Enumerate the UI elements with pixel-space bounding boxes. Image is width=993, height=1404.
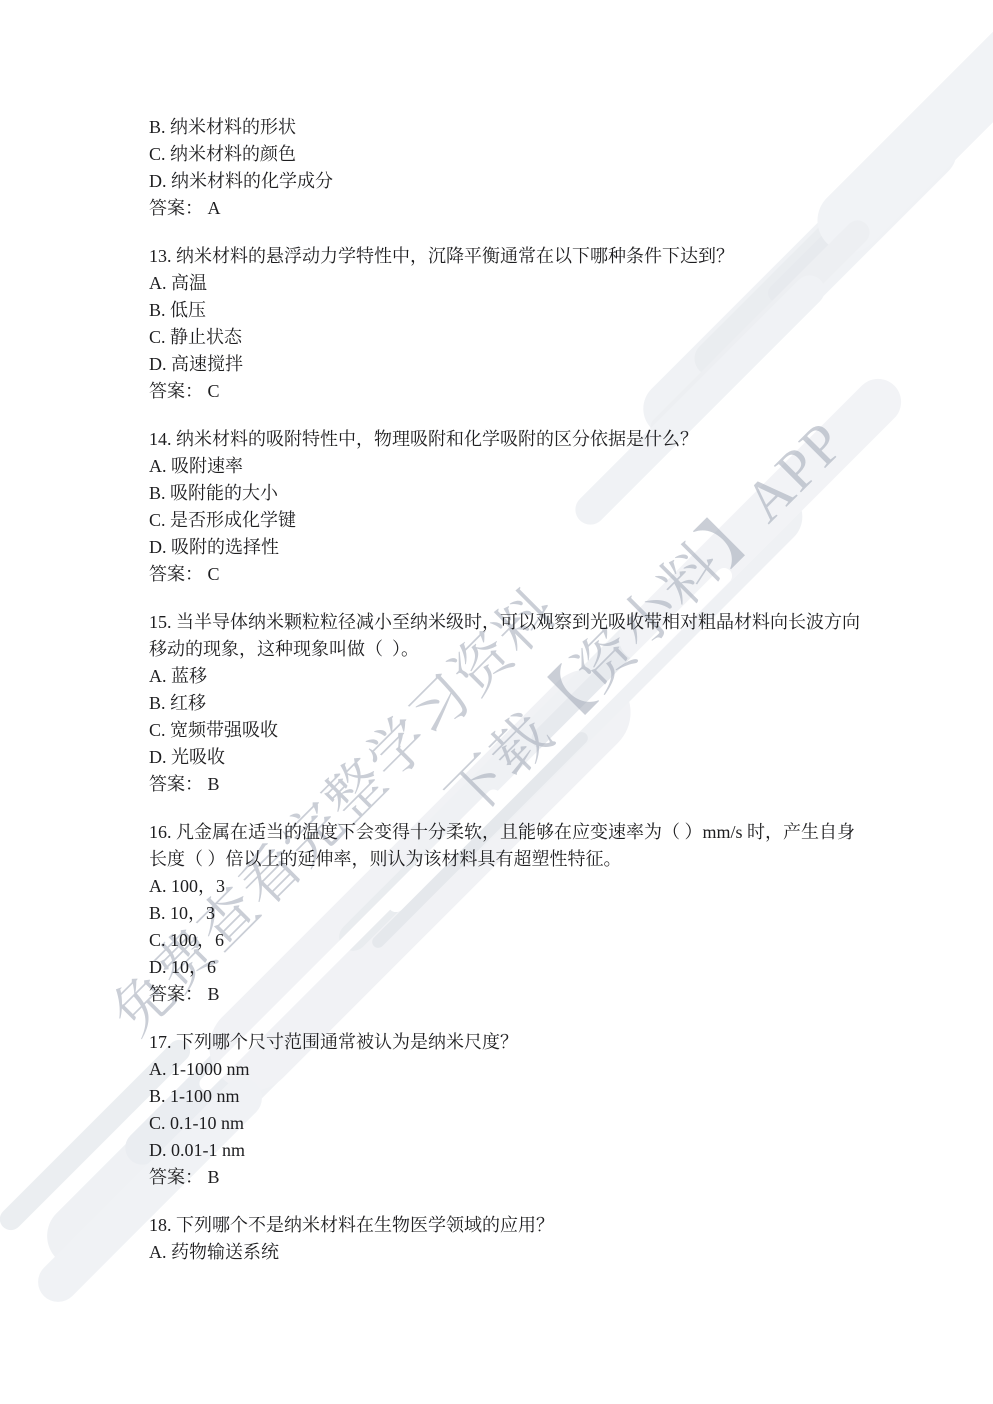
option-line: B. 吸附能的大小 [149,480,939,507]
option-line: A. 吸附速率 [149,453,939,480]
option-line: D. 光吸收 [149,744,939,771]
answer-line: 答案： A [149,195,939,222]
question-stem-line: 长度（ ）倍以上的延伸率，则认为该材料具有超塑性特征。 [149,846,939,873]
exam-content: B. 纳米材料的形状 C. 纳米材料的颜色 D. 纳米材料的化学成分 答案： A… [149,114,939,1266]
option-line: C. 是否形成化学键 [149,507,939,534]
option-line: C. 100，6 [149,927,939,954]
question-stem-line: 移动的现象，这种现象叫做（ ）。 [149,636,939,663]
question-stem-line: 13. 纳米材料的悬浮动力学特性中，沉降平衡通常在以下哪种条件下达到？ [149,243,939,270]
option-line: D. 10，6 [149,954,939,981]
question-15: 15. 当半导体纳米颗粒粒径减小至纳米级时，可以观察到光吸收带相对粗晶材料向长波… [149,609,939,798]
option-line: A. 高温 [149,270,939,297]
document-page: { "document": { "background_color": "#ff… [0,0,993,1404]
option-line: D. 吸附的选择性 [149,534,939,561]
answer-line: 答案： C [149,561,939,588]
option-line: B. 1-100 nm [149,1083,939,1110]
question-16: 16. 凡金属在适当的温度下会变得十分柔软，且能够在应变速率为（ ）mm/s 时… [149,819,939,1008]
option-line: C. 静止状态 [149,324,939,351]
question-stem-line: 14. 纳米材料的吸附特性中，物理吸附和化学吸附的区分依据是什么？ [149,426,939,453]
question-stem-line: 17. 下列哪个尺寸范围通常被认为是纳米尺度？ [149,1029,939,1056]
option-line: A. 100，3 [149,873,939,900]
question-18-partial: 18. 下列哪个不是纳米材料在生物医学领域的应用？ A. 药物输送系统 [149,1212,939,1266]
option-line: C. 纳米材料的颜色 [149,141,939,168]
option-line: C. 0.1-10 nm [149,1110,939,1137]
option-line: C. 宽频带强吸收 [149,717,939,744]
question-17: 17. 下列哪个尺寸范围通常被认为是纳米尺度？ A. 1-1000 nm B. … [149,1029,939,1191]
option-line: B. 低压 [149,297,939,324]
option-line: D. 纳米材料的化学成分 [149,168,939,195]
answer-line: 答案： C [149,378,939,405]
answer-line: 答案： B [149,771,939,798]
answer-line: 答案： B [149,1164,939,1191]
answer-line: 答案： B [149,981,939,1008]
question-13: 13. 纳米材料的悬浮动力学特性中，沉降平衡通常在以下哪种条件下达到？ A. 高… [149,243,939,405]
question-stem-line: 16. 凡金属在适当的温度下会变得十分柔软，且能够在应变速率为（ ）mm/s 时… [149,819,939,846]
option-line: B. 10，3 [149,900,939,927]
option-line: A. 药物输送系统 [149,1239,939,1266]
question-12-partial: B. 纳米材料的形状 C. 纳米材料的颜色 D. 纳米材料的化学成分 答案： A [149,114,939,222]
option-line: B. 红移 [149,690,939,717]
option-line: D. 0.01-1 nm [149,1137,939,1164]
option-line: A. 蓝移 [149,663,939,690]
question-stem-line: 18. 下列哪个不是纳米材料在生物医学领域的应用？ [149,1212,939,1239]
question-14: 14. 纳米材料的吸附特性中，物理吸附和化学吸附的区分依据是什么？ A. 吸附速… [149,426,939,588]
option-line: A. 1-1000 nm [149,1056,939,1083]
option-line: B. 纳米材料的形状 [149,114,939,141]
question-stem-line: 15. 当半导体纳米颗粒粒径减小至纳米级时，可以观察到光吸收带相对粗晶材料向长波… [149,609,939,636]
option-line: D. 高速搅拌 [149,351,939,378]
